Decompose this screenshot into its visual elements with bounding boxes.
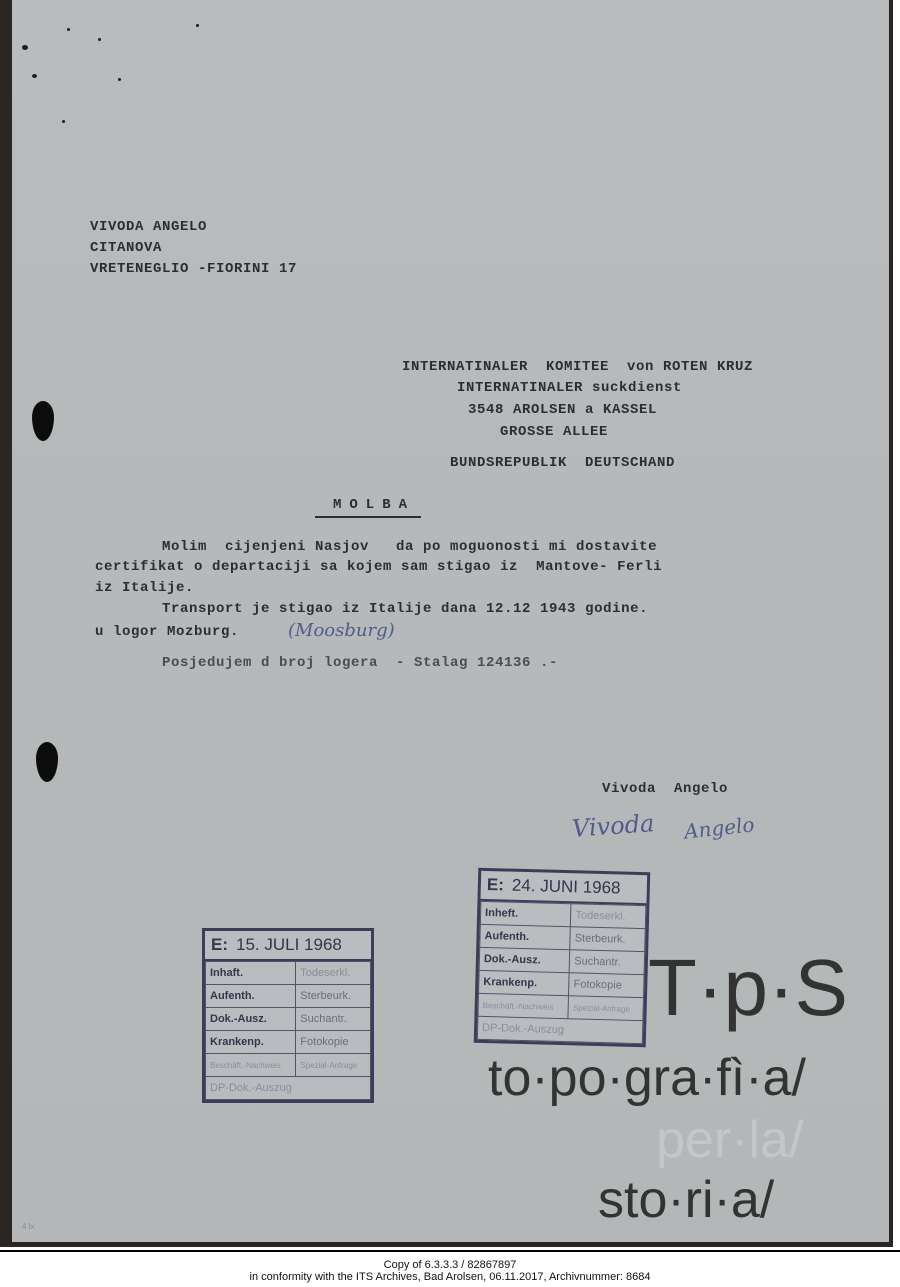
- stamp-cell: Fotokopie: [569, 973, 644, 998]
- body-line-5: u logor Mozburg.: [95, 624, 239, 641]
- speck: [196, 24, 199, 27]
- speck: [62, 120, 65, 123]
- body-line-2: certifikat o departaciji sa kojem sam st…: [95, 559, 662, 576]
- stamp-header: E:24. JUNI 1968: [480, 871, 647, 905]
- stamp-prefix: E:: [211, 935, 228, 954]
- stamp-cell: Todeserkl.: [296, 962, 371, 985]
- sender-city: CITANOVA: [90, 240, 162, 257]
- stamp-cell: Dok.-Ausz.: [206, 1008, 296, 1031]
- stamp-cell: Spezial-Anfrage: [296, 1054, 371, 1077]
- stamp-cell: Fotokopie: [296, 1031, 371, 1054]
- stamp-cell: Krankenp.: [206, 1031, 296, 1054]
- received-stamp-right: E:24. JUNI 1968 Inheft.Todeserkl. Aufent…: [474, 868, 651, 1047]
- stamp-cell: Inheft.: [480, 901, 571, 926]
- speck: [67, 28, 70, 31]
- handwritten-signature-first: Vivoda: [571, 809, 655, 843]
- stamp-date: 15. JULI 1968: [236, 935, 342, 954]
- document-page: VIVODA ANGELO CITANOVA VRETENEGLIO -FIOR…: [12, 0, 889, 1242]
- body-line-3: iz Italije.: [95, 580, 194, 597]
- stamp-cell: Beschäft.-Nachweis: [206, 1054, 296, 1077]
- stamp-cell: Beschäft.-Nachweis: [478, 993, 569, 1018]
- recipient-line-3: 3548 AROLSEN a KASSEL: [468, 402, 657, 419]
- stamp-cell: Todeserkl.: [571, 904, 646, 929]
- punch-hole: [32, 401, 54, 441]
- recipient-country: BUNDSREPUBLIK DEUTSCHAND: [450, 455, 675, 472]
- received-stamp-left: E:15. JULI 1968 Inhaft.Todeserkl. Aufent…: [202, 928, 374, 1103]
- tps-logo: T·p·S: [648, 948, 848, 1028]
- stamp-cell: Krankenp.: [479, 970, 570, 995]
- speck: [118, 78, 121, 81]
- stamp-grid: Inheft.Todeserkl. Aufenth.Sterbeurk. Dok…: [477, 901, 647, 1044]
- watermark-line-1: to·po·gra·fì·a/: [488, 1050, 806, 1106]
- sender-name: VIVODA ANGELO: [90, 219, 207, 236]
- stamp-cell: Aufenth.: [206, 985, 296, 1008]
- speck: [22, 45, 28, 50]
- footer-copy-reference: Copy of 6.3.3.3 / 82867897: [0, 1259, 900, 1271]
- scanned-document-frame: VIVODA ANGELO CITANOVA VRETENEGLIO -FIOR…: [0, 0, 893, 1247]
- stamp-cell: DP-Dok.-Auszug: [477, 1016, 643, 1043]
- watermark-line-3: sto·ri·a/: [598, 1172, 774, 1228]
- stamp-header: E:15. JULI 1968: [205, 931, 371, 961]
- stamp-cell: Dok.-Ausz.: [479, 947, 570, 972]
- corner-pencil-mark: 4 lx: [22, 1222, 34, 1231]
- handwritten-annotation: (Moosburg): [288, 620, 395, 641]
- stamp-cell: Suchantr.: [296, 1008, 371, 1031]
- stamp-prefix: E:: [487, 875, 504, 894]
- watermark-line-2: per·la/: [656, 1112, 803, 1168]
- stamp-cell: DP-Dok.-Auszug: [206, 1077, 371, 1100]
- speck: [98, 38, 101, 41]
- typed-signature: Vivoda Angelo: [602, 781, 728, 798]
- stamp-date: 24. JUNI 1968: [512, 876, 621, 898]
- stamp-cell: Sterbeurk.: [296, 985, 371, 1008]
- punch-hole: [36, 742, 58, 782]
- body-line-4: Transport je stigao iz Italije dana 12.1…: [162, 601, 648, 618]
- stamp-cell: Sterbeurk.: [570, 927, 645, 952]
- stamp-cell: Aufenth.: [480, 924, 571, 949]
- stamp-cell: Suchantr.: [569, 950, 644, 975]
- footer-archive-note: in conformity with the ITS Archives, Bad…: [0, 1271, 900, 1283]
- stamp-grid: Inhaft.Todeserkl. Aufenth.Sterbeurk. Dok…: [205, 961, 371, 1100]
- stamp-cell: Spezial-Anfrage: [568, 996, 643, 1021]
- speck: [32, 74, 37, 78]
- stamp-cell: Inhaft.: [206, 962, 296, 985]
- recipient-line-1: INTERNATINALER KOMITEE von ROTEN KRUZ: [402, 359, 753, 376]
- footer-divider: [0, 1250, 900, 1252]
- sender-address: VRETENEGLIO -FIORINI 17: [90, 261, 297, 278]
- document-title: MOLBA: [315, 497, 421, 518]
- recipient-line-2: INTERNATINALER suckdienst: [457, 380, 682, 397]
- recipient-line-4: GROSSE ALLEE: [500, 424, 608, 441]
- body-line-1: Molim cijenjeni Nasjov da po moguonosti …: [162, 539, 657, 556]
- handwritten-signature-last: Angelo: [683, 812, 756, 843]
- body-line-6: Posjedujem d broj logera - Stalag 124136…: [162, 655, 558, 672]
